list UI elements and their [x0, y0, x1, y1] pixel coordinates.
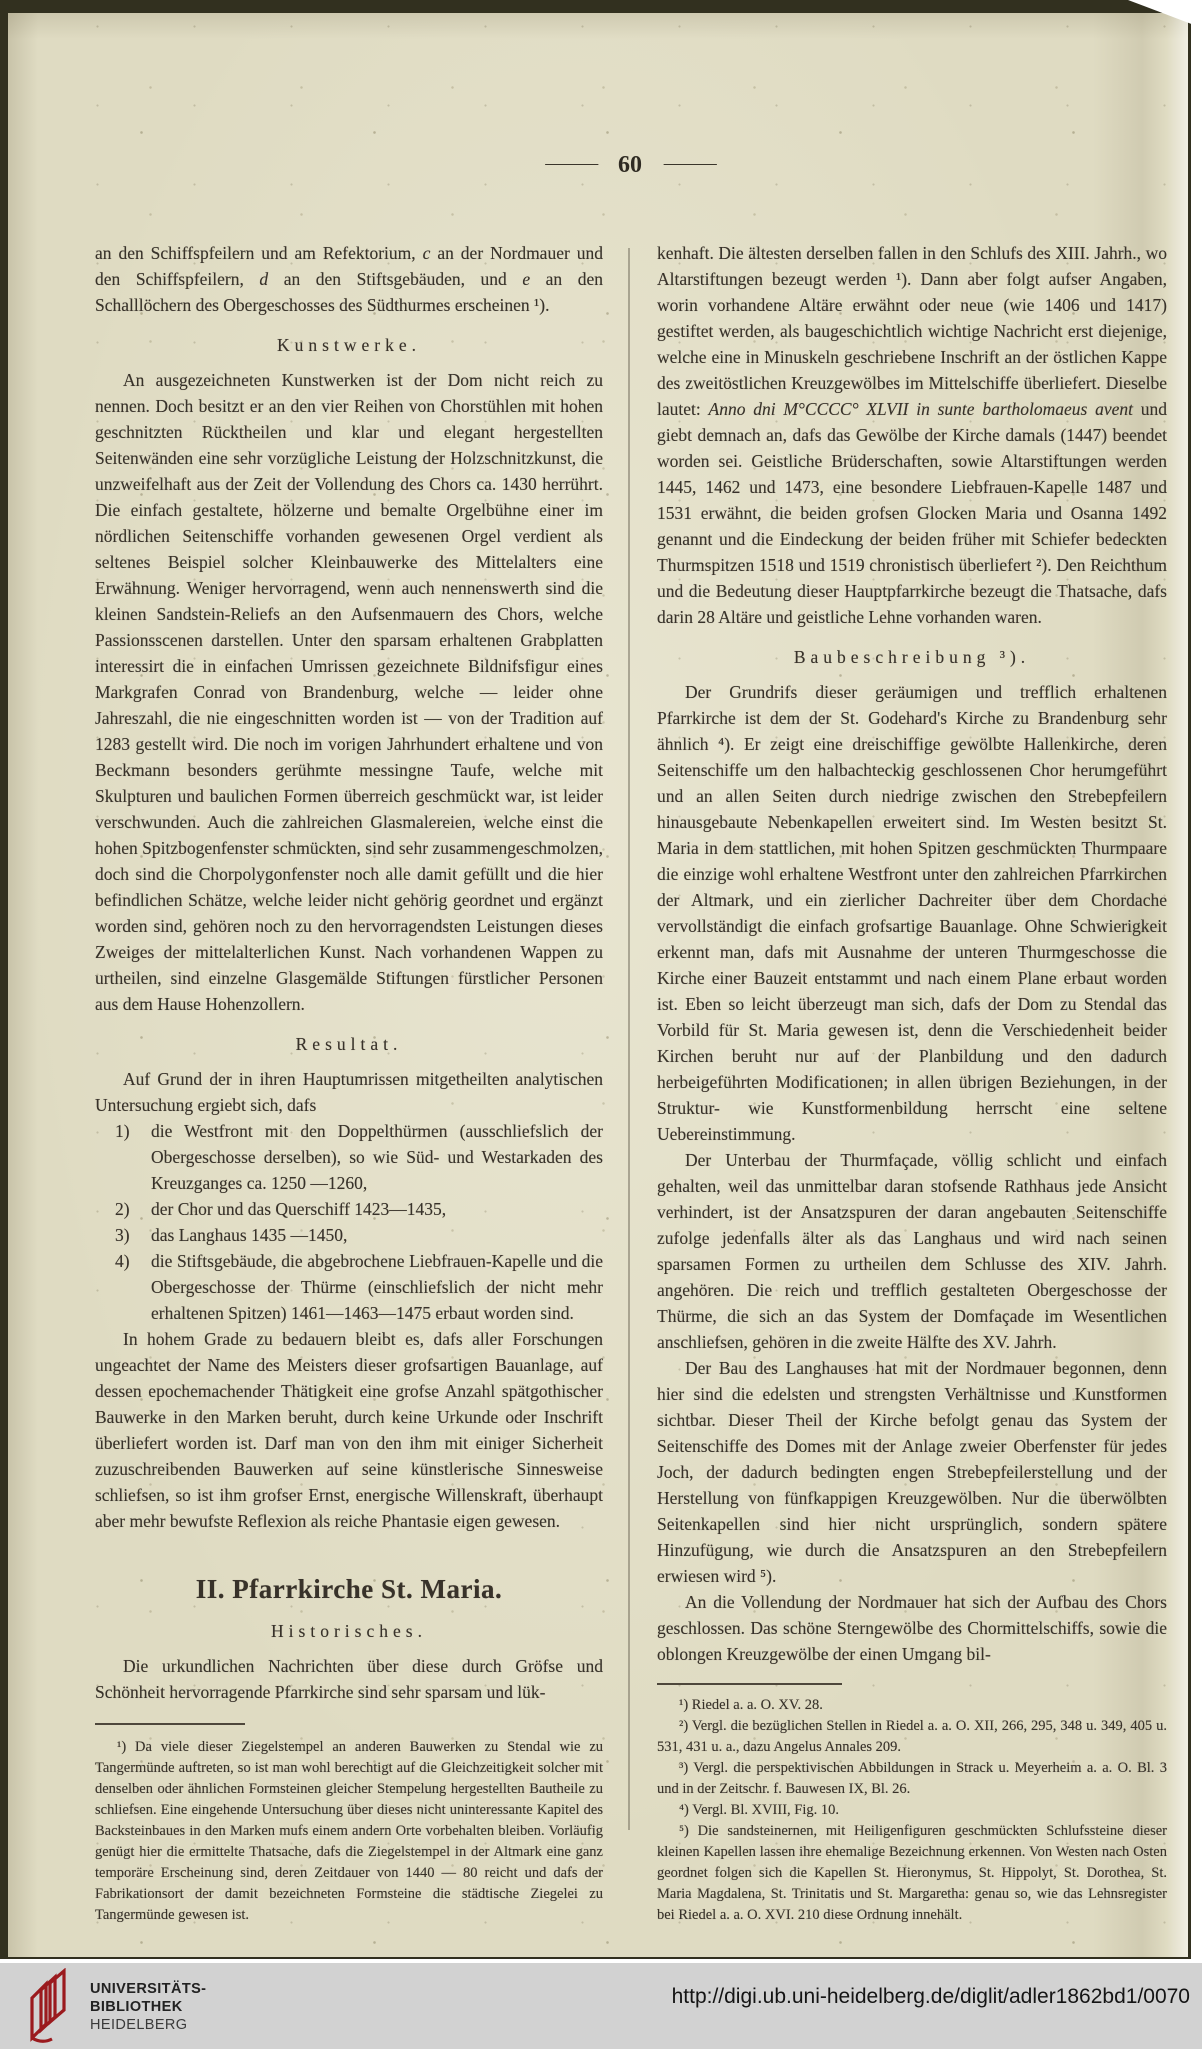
- paragraph-historisches: Die urkundlichen Nachrichten über diese …: [95, 1653, 603, 1705]
- list-item-number: 3): [115, 1222, 151, 1248]
- list-item: 3) das Langhaus 1435 —1450,: [115, 1222, 603, 1248]
- footnote-4-vergl-blatt: ⁴) Vergl. Bl. XVIII, Fig. 10.: [657, 1800, 1167, 1821]
- left-column: an den Schiffspfeilern und am Refektoriu…: [95, 240, 603, 1926]
- list-item-text: die Stiftsgebäude, die abgebrochene Lieb…: [151, 1248, 603, 1326]
- resultat-list: 1) die Westfront mit den Doppelthürmen (…: [115, 1118, 603, 1326]
- page-number: 60: [618, 152, 642, 178]
- footnote-separator-rule: [95, 1723, 245, 1725]
- paragraph-kenhaft-continuation: kenhaft. Die ältesten derselben fallen i…: [657, 240, 1167, 630]
- list-item-number: 2): [115, 1196, 151, 1222]
- list-item-text: das Langhaus 1435 —1450,: [151, 1222, 603, 1248]
- paragraph-grundriss: Der Grundrifs dieser geräumigen und tref…: [657, 679, 1167, 1147]
- list-item: 2) der Chor und das Querschiff 1423—1435…: [115, 1196, 603, 1222]
- paragraph-kunstwerke: An ausgezeichneten Kunstwerken ist der D…: [95, 367, 603, 1017]
- column-divider-rule: [628, 248, 630, 1830]
- paragraph-unterbau: Der Unterbau der Thurmfaçade, völlig sch…: [657, 1147, 1167, 1355]
- page-number-dash-left: ———: [545, 153, 596, 174]
- section-heading-historisches: Historisches.: [95, 1618, 603, 1644]
- footnote-5-kapellen: ⁵) Die sandsteinernen, mit Heiligenfigur…: [657, 1821, 1167, 1926]
- page-number-dash-right: ———: [664, 153, 715, 174]
- paragraph-vollendung: An die Vollendung der Nordmauer hat sich…: [657, 1589, 1167, 1667]
- right-column: kenhaft. Die ältesten derselben fallen i…: [657, 240, 1167, 1926]
- digitization-url: http://digi.ub.uni-heidelberg.de/diglit/…: [672, 1985, 1190, 2009]
- section-heading-baubeschreibung: Baubeschreibung ³).: [657, 644, 1167, 670]
- footnote-separator-rule: [657, 1683, 842, 1685]
- paragraph-resultat-intro: Auf Grund der in ihren Hauptumrissen mit…: [95, 1066, 603, 1118]
- list-item-text: der Chor und das Querschiff 1423—1435,: [151, 1196, 603, 1222]
- footnote-3-vergl-abbildungen: ³) Vergl. die perspektivischen Abbildung…: [657, 1758, 1167, 1800]
- footnote-2-vergl-stellen: ²) Vergl. die bezüglichen Stellen in Rie…: [657, 1716, 1167, 1758]
- library-name-line3: HEIDELBERG: [90, 2016, 206, 2034]
- ub-heidelberg-logo-icon: [22, 1968, 80, 2044]
- list-item: 1) die Westfront mit den Doppelthürmen (…: [115, 1118, 603, 1196]
- paragraph-langhaus: Der Bau des Langhauses hat mit der Nordm…: [657, 1355, 1167, 1589]
- library-name-line2: BIBLIOTHEK: [90, 1998, 206, 2016]
- page-number-row: ——— 60 ———: [95, 152, 1165, 179]
- library-name-line1: UNIVERSITÄTS-: [90, 1980, 206, 1998]
- section-heading-kunstwerke: Kunstwerke.: [95, 332, 603, 358]
- footnote-1-riedel: ¹) Riedel a. a. O. XV. 28.: [657, 1695, 1167, 1716]
- paragraph-meister: In hohem Grade zu bedauern bleibt es, da…: [95, 1326, 603, 1534]
- section-heading-resultat: Resultat.: [95, 1031, 603, 1057]
- chapter-heading-pfarrkirche-st-maria: II. Pfarrkirche St. Maria.: [95, 1576, 603, 1602]
- list-item-text: die Westfront mit den Doppelthürmen (aus…: [151, 1118, 603, 1196]
- paragraph-schiffspfeiler-continuation: an den Schiffspfeilern und am Refektoriu…: [95, 240, 603, 318]
- library-name: UNIVERSITÄTS- BIBLIOTHEK HEIDELBERG: [90, 1980, 206, 2034]
- list-item-number: 4): [115, 1248, 151, 1326]
- footnote-1: ¹) Da viele dieser Ziegelstempel an ande…: [95, 1737, 603, 1926]
- list-item-number: 1): [115, 1118, 151, 1196]
- library-footer-bar: UNIVERSITÄTS- BIBLIOTHEK HEIDELBERG http…: [0, 1963, 1202, 2049]
- list-item: 4) die Stiftsgebäude, die abgebrochene L…: [115, 1248, 603, 1326]
